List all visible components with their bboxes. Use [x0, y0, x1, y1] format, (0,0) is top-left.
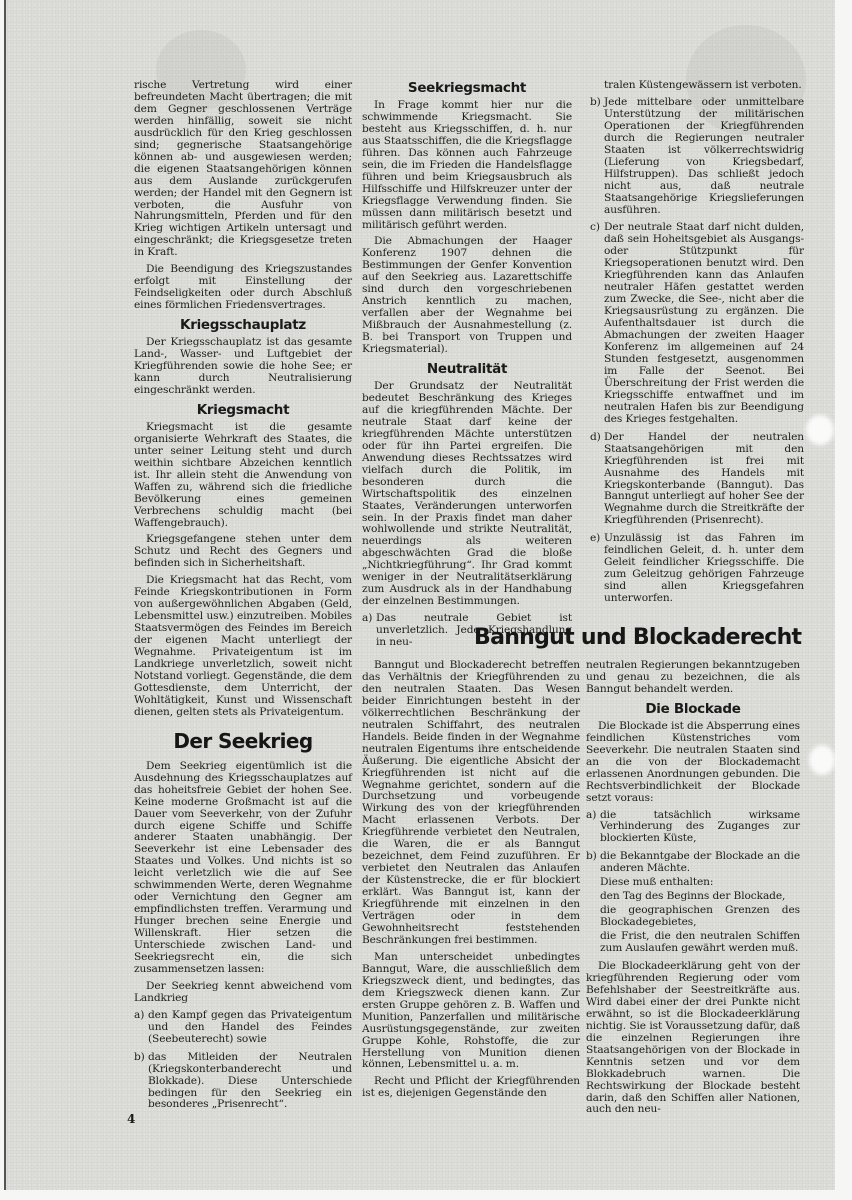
banngut-right-column: neutralen Regierungen bekanntzugeben und… — [586, 660, 800, 1121]
paragraph: In Frage kommt hier nur die schwimmende … — [362, 100, 572, 231]
section-heading-die-blockade: Die Blockade — [586, 701, 800, 717]
punch-hole — [809, 745, 835, 775]
paragraph: Dem Seekrieg eigentümlich ist die Ausdeh… — [134, 761, 352, 976]
list-label: c) — [590, 222, 604, 425]
list-label: a) — [586, 810, 600, 846]
list-text: den Kampf gegen das Privateigentum und d… — [148, 1010, 352, 1046]
paragraph: neutralen Regierungen bekanntzugeben und… — [586, 660, 800, 696]
section-heading-banngut-und-blockaderecht: Banngut und Blockaderecht — [474, 624, 814, 652]
list-label: a) — [362, 613, 376, 649]
list-text: Unzulässig ist das Fahren im feindlichen… — [604, 533, 804, 605]
section-heading-neutralitaet: Neutralität — [362, 361, 572, 377]
list-item: b) die Bekanntgabe der Blockade an die a… — [586, 851, 800, 875]
sub-item: den Tag des Beginns der Blockade, — [586, 891, 800, 903]
paragraph: Die Beendigung des Kriegszustandes erfol… — [134, 264, 352, 312]
section-heading-kriegsschauplatz: Kriegsschauplatz — [134, 317, 352, 333]
list-text: das Mitleiden der Neutralen (Kriegskonte… — [148, 1052, 352, 1112]
middle-column: Seekriegsmacht In Frage kommt hier nur d… — [362, 80, 572, 655]
list-label: b) — [586, 851, 600, 875]
list-item: b) Jede mittelbare oder unmittelbare Unt… — [590, 97, 804, 217]
list-item: e) Unzulässig ist das Fahren im feindlic… — [590, 533, 804, 605]
banngut-left-column: Banngut und Blockaderecht betreffen das … — [362, 660, 580, 1105]
list-label: b) — [134, 1052, 148, 1112]
sub-item: die geographischen Grenzen des Blockadeg… — [586, 905, 800, 929]
section-heading-seekriegsmacht: Seekriegsmacht — [362, 80, 572, 96]
paragraph: Kriegsgefangene stehen unter dem Schutz … — [134, 534, 352, 570]
paragraph: Der Grundsatz der Neutralität bedeutet B… — [362, 381, 572, 608]
list-item: b) das Mitleiden der Neutralen (Kriegsko… — [134, 1052, 352, 1112]
paragraph: Banngut und Blockaderecht betreffen das … — [362, 660, 580, 947]
paragraph: Der Kriegsschauplatz ist das gesamte Lan… — [134, 337, 352, 397]
list-item: c) Der neutrale Staat darf nicht dulden,… — [590, 222, 804, 425]
section-heading-der-seekrieg: Der Seekrieg — [134, 729, 352, 753]
scanned-page: rische Vertretung wird einer befreundete… — [4, 0, 835, 1190]
sub-intro: Diese muß enthalten: — [586, 877, 800, 889]
list-text: Der neutrale Staat darf nicht dulden, da… — [604, 222, 804, 425]
list-text: die Bekanntgabe der Blockade an die ande… — [600, 851, 800, 875]
paragraph: Kriegsmacht ist die gesamte organisierte… — [134, 422, 352, 530]
section-heading-kriegsmacht: Kriegsmacht — [134, 402, 352, 418]
paragraph: Recht und Pflicht der Kriegführenden ist… — [362, 1076, 580, 1100]
punch-hole — [806, 415, 834, 445]
list-text: Jede mittelbare oder unmittelbare Unters… — [604, 97, 804, 217]
list-label: e) — [590, 533, 604, 605]
sub-item: die Frist, die den neutralen Schiffen zu… — [586, 931, 800, 955]
left-column: rische Vertretung wird einer befreundete… — [134, 80, 352, 1117]
list-label: d) — [590, 432, 604, 528]
paragraph: Die Kriegsmacht hat das Recht, vom Feind… — [134, 575, 352, 718]
paragraph: Die Blockadeerklärung geht von der krieg… — [586, 961, 800, 1116]
list-label: b) — [590, 97, 604, 217]
list-label: a) — [134, 1010, 148, 1046]
paragraph: Die Abmachungen der Haager Konferenz 190… — [362, 236, 572, 356]
paragraph: Die Blockade ist die Absperrung eines fe… — [586, 721, 800, 805]
paragraph: rische Vertretung wird einer befreundete… — [134, 80, 352, 259]
page-number: 4 — [127, 1112, 135, 1126]
list-item: d) Der Handel der neutralen Staatsangehö… — [590, 432, 804, 528]
paragraph: tralen Küstengewässern ist verboten. — [590, 80, 804, 92]
list-text: die tatsächlich wirksame Verhinderung de… — [600, 810, 800, 846]
list-item: a) die tatsächlich wirksame Verhinderung… — [586, 810, 800, 846]
list-text: Der Handel der neutralen Staatsangehörig… — [604, 432, 804, 528]
paragraph: Man unterscheidet unbedingtes Banngut, W… — [362, 952, 580, 1072]
paragraph: Der Seekrieg kennt abweichend vom Landkr… — [134, 981, 352, 1005]
right-column: tralen Küstengewässern ist verboten. b) … — [590, 80, 804, 611]
list-item: a) den Kampf gegen das Privateigentum un… — [134, 1010, 352, 1046]
